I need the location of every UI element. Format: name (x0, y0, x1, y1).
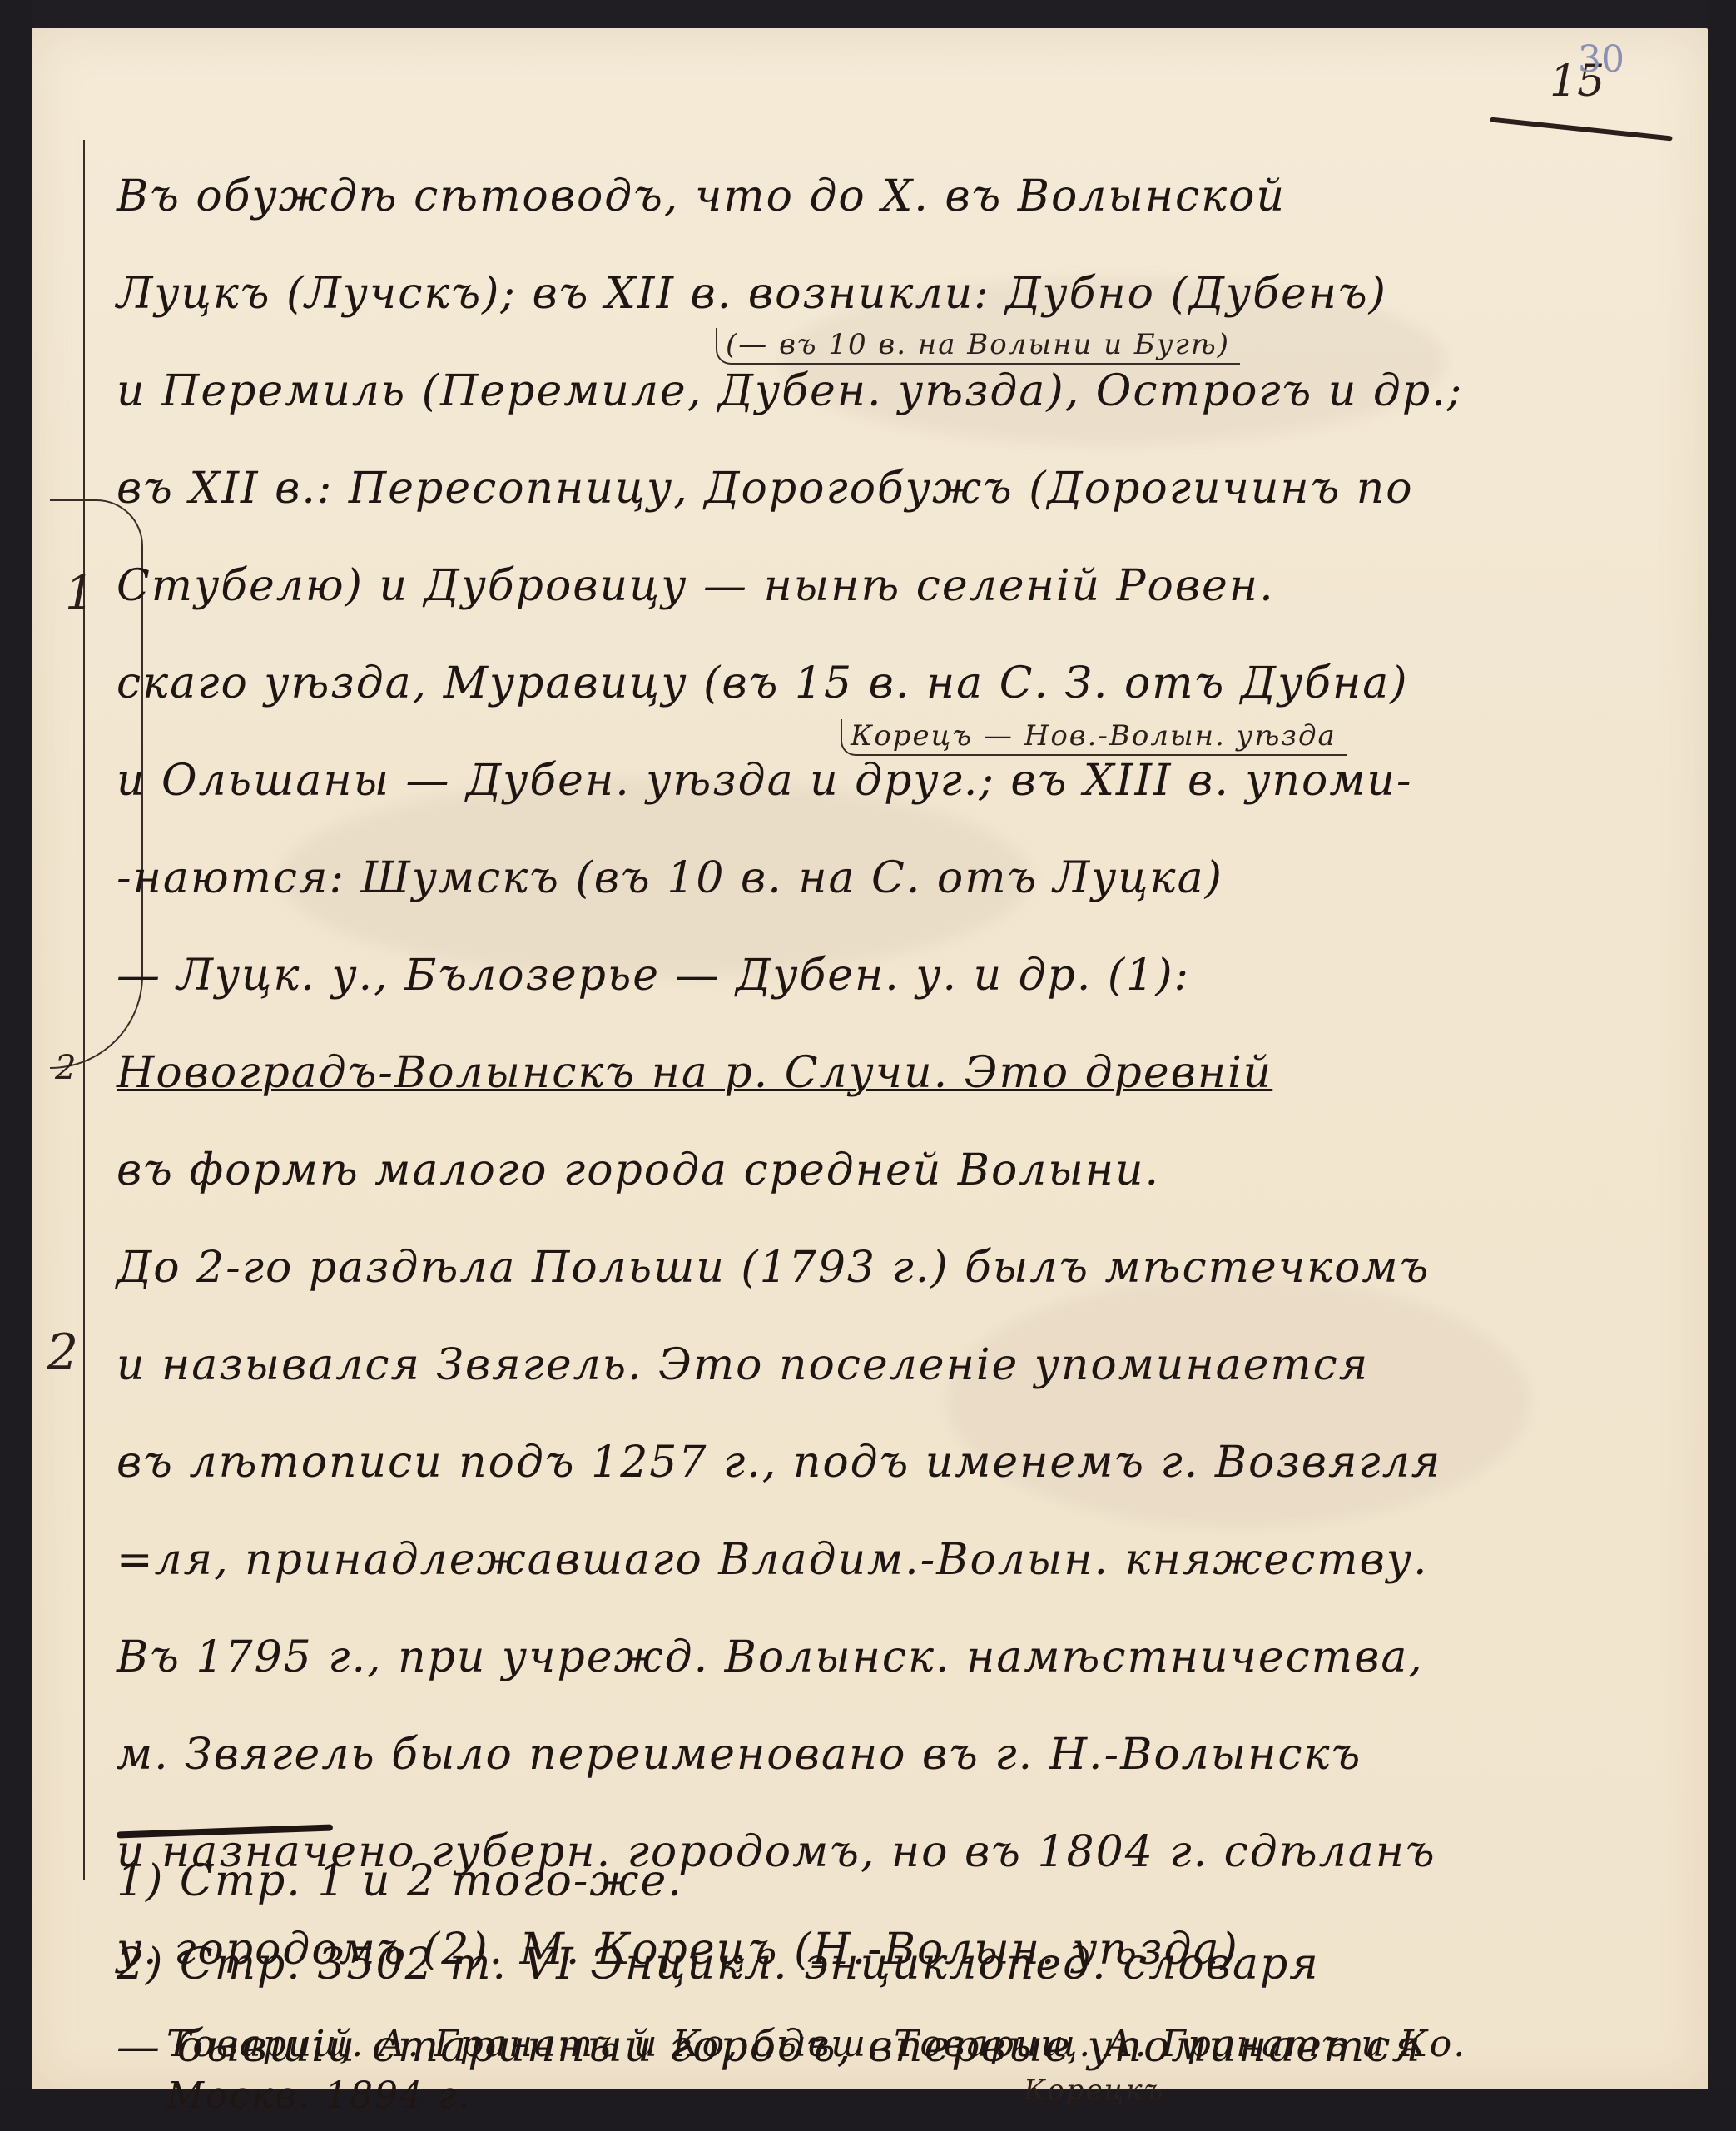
margin-number: 2 (47, 1324, 78, 1382)
text-line: -наются: Шумскъ (въ 10 в. на С. отъ Луцк… (117, 845, 1681, 942)
interlinear-insertion: Корецъ — Нов.-Волын. уѣзда (841, 719, 1347, 756)
text-line: Въ обуждѣ сѣтоводъ, что до X. въ Волынск… (117, 163, 1681, 261)
line-text: — Луцк. у., Бълозерье — Дубен. у. и др. … (117, 951, 1190, 1001)
line-text: и Ольшаны — Дубен. уѣзда и друг.; въ XII… (117, 756, 1413, 806)
text-line: Новоградъ-Волынскъ на р. Случи. Это древ… (117, 1040, 1681, 1137)
margin-number: 2 (55, 1049, 76, 1087)
line-text: -наются: Шумскъ (въ 10 в. на С. отъ Луцк… (117, 853, 1223, 903)
text-line: въ XII в.: Пересопницу, Дорогобужъ (Доро… (117, 455, 1681, 553)
footnote-continuation: Товарищ. А. Гранатъ и Ко, бывш. Товарищ.… (117, 2023, 1681, 2074)
line-text: и Перемиль (Перемиле, Дубен. уѣзда), Ост… (117, 366, 1463, 416)
line-text: м. Звягель было переименовано въ г. Н.-В… (117, 1730, 1362, 1780)
footnotes: 1) Стр. 1 и 2 того-же. 2) Стр. 3502 т. V… (117, 1856, 1681, 2126)
scan-frame-left (0, 0, 32, 2131)
line-text: Луцкъ (Лучскъ); въ XII в. возникли: Дубн… (117, 269, 1387, 319)
text-line: (— въ 10 в. на Волыни и Бугѣ) и Перемиль… (117, 358, 1681, 455)
manuscript-body: Въ обуждѣ сѣтоводъ, что до X. въ Волынск… (117, 163, 1681, 2111)
text-line: Въ 1795 г., при учрежд. Волынск. намѣстн… (117, 1624, 1681, 1721)
line-text: Стубелю) и Дубровицу — нынѣ селеній Рове… (117, 561, 1275, 611)
text-line: До 2-го раздѣла Польши (1793 г.) былъ мѣ… (117, 1234, 1681, 1332)
text-line: Стубелю) и Дубровицу — нынѣ селеній Рове… (117, 553, 1681, 650)
line-text: въ XII в.: Пересопницу, Дорогобужъ (Доро… (117, 464, 1414, 514)
scan-frame-right (1708, 0, 1736, 2131)
line-text: Новоградъ-Волынскъ на р. Случи. Это древ… (117, 1048, 1272, 1098)
footnote-continuation: Москв. 1894 г. (117, 2074, 1681, 2126)
text-line: и назывался Звягель. Это поселеніе упоми… (117, 1332, 1681, 1429)
line-text: скаго уѣзда, Муравицу (въ 15 в. на С. З.… (117, 658, 1409, 708)
footnote-number: 2) (117, 1940, 164, 1989)
line-text: До 2-го раздѣла Польши (1793 г.) былъ мѣ… (117, 1243, 1430, 1293)
text-line: Корецъ — Нов.-Волын. уѣзда и Ольшаны — Д… (117, 748, 1681, 845)
interlinear-insertion: (— въ 10 в. на Волыни и Бугѣ) (716, 328, 1240, 365)
text-line: въ формѣ малого города средней Волыни. (117, 1137, 1681, 1234)
line-text: и назывался Звягель. Это поселеніе упоми… (117, 1340, 1369, 1390)
footnote-text: Стр. 3502 т. VI Энцикл. энциклопед. слов… (180, 1940, 1320, 1989)
archive-stamp-number: 30 (1578, 38, 1624, 81)
text-line: м. Звягель было переименовано въ г. Н.-В… (117, 1721, 1681, 1819)
line-text: Въ 1795 г., при учрежд. Волынск. намѣстн… (117, 1632, 1424, 1682)
line-text: =ля, принадлежавшаго Владим.-Волын. княж… (117, 1535, 1429, 1585)
text-line: въ лѣтописи подъ 1257 г., подъ именемъ г… (117, 1429, 1681, 1527)
text-line: =ля, принадлежавшаго Владим.-Волын. княж… (117, 1527, 1681, 1624)
text-line: — Луцк. у., Бълозерье — Дубен. у. и др. … (117, 942, 1681, 1040)
footnote: 1) Стр. 1 и 2 того-же. (117, 1856, 1681, 1940)
footnote-text: Товарищ. А. Гранатъ и Ко, бывш. Товарищ.… (166, 2023, 1466, 2065)
line-text: въ лѣтописи подъ 1257 г., подъ именемъ г… (117, 1438, 1441, 1488)
footnote-number: 1) (117, 1856, 164, 1906)
footnote-text: Москв. 1894 г. (166, 2074, 471, 2117)
margin-number: 1 (65, 566, 95, 620)
scan-frame-top (0, 0, 1736, 28)
footnote-text: Стр. 1 и 2 того-же. (180, 1856, 683, 1906)
line-text: Въ обуждѣ сѣтоводъ, что до X. въ Волынск… (117, 171, 1286, 221)
footnote: 2) Стр. 3502 т. VI Энцикл. энциклопед. с… (117, 1940, 1681, 2023)
line-text: въ формѣ малого города средней Волыни. (117, 1145, 1160, 1195)
folio-number: 15 30 (1550, 57, 1605, 107)
